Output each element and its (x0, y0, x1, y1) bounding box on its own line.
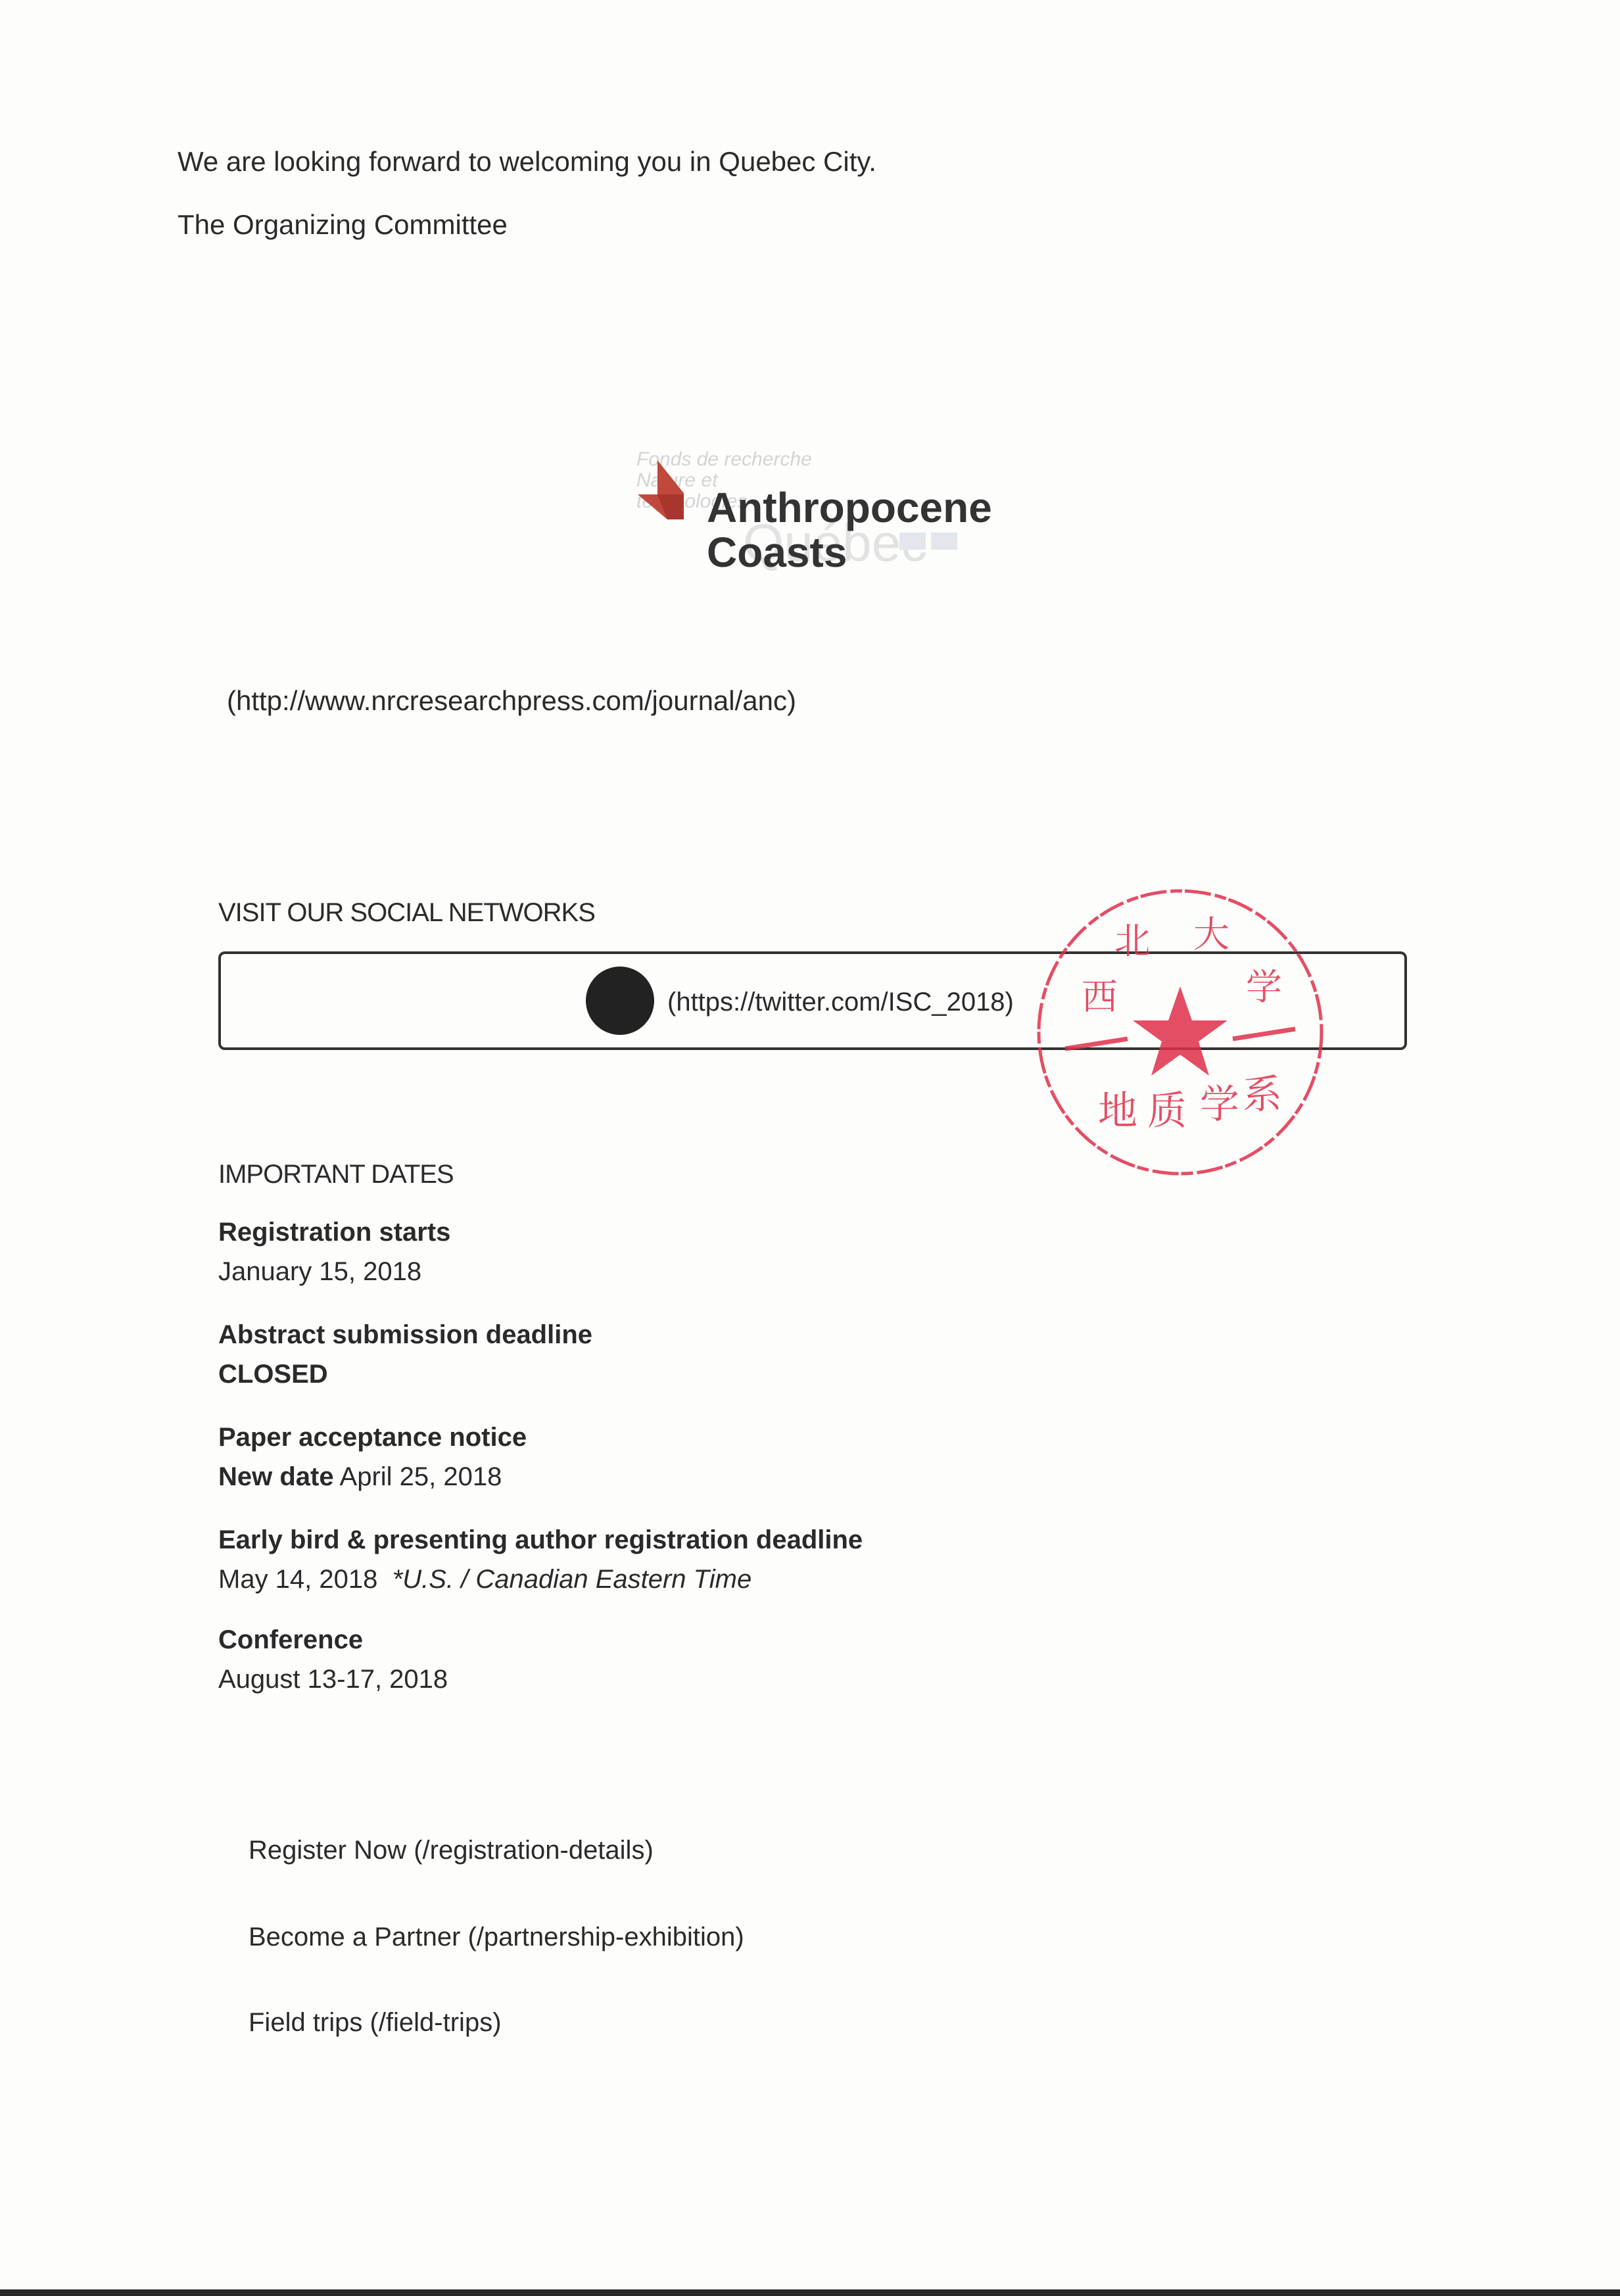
register-now-link[interactable]: Register Now (/registration-details) (249, 1836, 654, 1865)
svg-text:质: 质 (1147, 1088, 1187, 1134)
date-label: Conference (218, 1625, 363, 1655)
date-label: Abstract submission deadline (218, 1320, 592, 1350)
logo-faded-flag-icons (894, 533, 957, 553)
date-value: August 13-17, 2018 (218, 1665, 448, 1694)
svg-text:学: 学 (1200, 1082, 1239, 1128)
twitter-icon[interactable] (586, 967, 654, 1035)
svg-text:系: 系 (1243, 1072, 1282, 1118)
date-value: May 14, 2018 (218, 1565, 377, 1594)
signature: The Organizing Committee (178, 209, 508, 241)
scan-edge (0, 2289, 1620, 2296)
svg-text:大: 大 (1193, 913, 1229, 955)
twitter-link[interactable]: (https://twitter.com/ISC_2018) (667, 988, 1014, 1017)
become-partner-link[interactable]: Become a Partner (/partnership-exhibitio… (249, 1923, 744, 1952)
logo-name-line2: Coasts (707, 530, 847, 575)
field-trips-link[interactable]: Field trips (/field-trips) (249, 2008, 502, 2038)
date-label: Paper acceptance notice (218, 1423, 527, 1452)
welcome-text: We are looking forward to welcoming you … (178, 146, 876, 178)
date-value-closed: CLOSED (218, 1360, 328, 1389)
journal-link[interactable]: (http://www.nrcresearchpress.com/journal… (227, 685, 796, 717)
important-dates-heading: IMPORTANT DATES (218, 1160, 454, 1189)
date-label: Registration starts (218, 1218, 450, 1247)
social-heading: VISIT OUR SOCIAL NETWORKS (218, 898, 595, 928)
date-note: *U.S. / Canadian Eastern Time (393, 1565, 752, 1594)
date-value: April 25, 2018 (340, 1462, 502, 1491)
svg-text:地: 地 (1098, 1088, 1137, 1134)
logo-name-line1: Anthropocene (707, 485, 992, 530)
date-label: Early bird & presenting author registrat… (218, 1525, 863, 1555)
date-value-prefix: New date (218, 1462, 334, 1491)
red-folded-arrow-icon (631, 454, 703, 526)
date-value: January 15, 2018 (218, 1257, 421, 1287)
